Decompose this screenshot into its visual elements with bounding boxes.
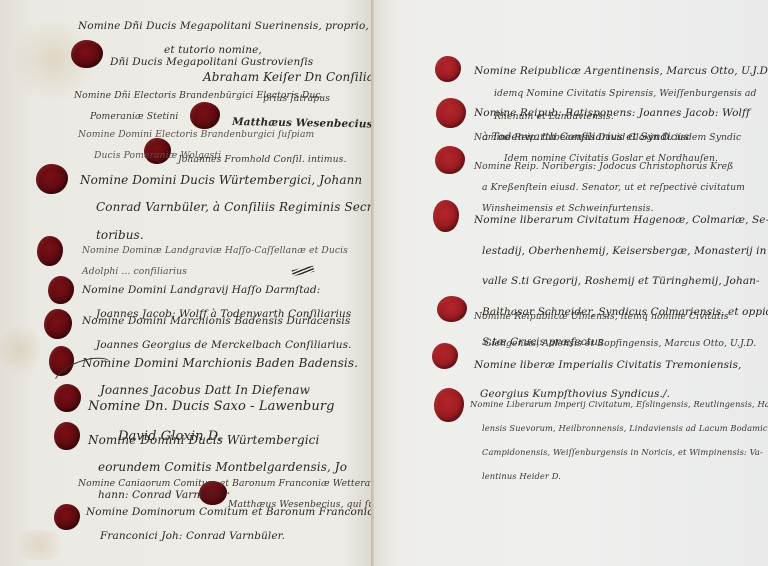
entry-line: Nomine Domini Ducis Würtembergici, Johan…	[80, 174, 384, 188]
entry-line: Nomine Liberarum Imperij Civitatum, Eſsl…	[470, 398, 768, 410]
wax-seal	[437, 296, 467, 322]
wax-seal	[433, 200, 459, 232]
entry-line: Conrad Varnbüler, à Conſiliis Regiminis …	[80, 201, 384, 215]
entry-line: Nomine Domini Landgravij Haſſo Darmſtad:	[82, 284, 351, 296]
entry-line: Nomine Reip. Noribergis: Jodocus Christo…	[474, 162, 745, 173]
paper-stain	[10, 530, 70, 560]
left-page: Nomine Dñi Ducis Megapolitani Suerinensi…	[0, 0, 372, 566]
wax-seal	[54, 422, 80, 450]
entry-line: Franconici Joh: Conrad Varnbüler.	[86, 530, 377, 542]
entry-line: Nomine Reip. Lubecensis David Gloxin D. …	[474, 133, 741, 144]
wax-seal	[36, 164, 68, 194]
entry-line: Nomine Domini Marchionis Badensis Durlac…	[82, 315, 352, 327]
right-page: Nomine Reipublicæ Argentinensis, Marcus …	[374, 0, 768, 566]
wax-seal	[44, 309, 72, 339]
entry-line: Nomine Reipub: Ratisponens: Joannes Jaco…	[474, 107, 750, 119]
manuscript-spread: Nomine Dñi Ducis Megapolitani Suerinensi…	[0, 0, 768, 566]
entry-line: Nomine liberæ Imperialis Civitatis Tremo…	[474, 358, 741, 373]
entry-line: lensis Suevorum, Heilbronnensis, Lindavi…	[470, 422, 768, 434]
wax-seal	[432, 343, 458, 369]
entry-line: Campidonensis, Weiſſenburgensis in Noric…	[470, 446, 768, 458]
entry-line: Nomine liberarum Civitatum Hagenoæ, Colm…	[474, 213, 768, 228]
signature-entry: Nomine Dominorum Comitum et Baronum Fran…	[86, 494, 377, 554]
wax-seal	[37, 236, 63, 266]
wax-seal	[54, 504, 80, 530]
wax-seal	[435, 146, 465, 174]
entry-line: Nomine Dñi Ducis Megapolitani Suerinensi…	[78, 20, 369, 32]
entry-line: Nomine Reipublicæ Ulmensis, itemq nomine…	[474, 310, 756, 323]
entry-line: Nomine Caniaorum Comitum et Baronum Fran…	[78, 479, 390, 490]
entry-line: valle S.ti Gregorij, Roshemij et Türingh…	[474, 274, 768, 289]
signature-entry: Nomine Liberarum Imperij Civitatum, Eſsl…	[470, 386, 768, 494]
entry-line: Nomine Dominorum Comitum et Baronum Fran…	[86, 506, 377, 518]
paper-stain	[0, 320, 40, 380]
wax-seal	[436, 98, 466, 128]
entry-line: Nomine Dominæ Landgraviæ Haſſo-Caſſellan…	[82, 246, 348, 257]
entry-line: lestadij, Oberhenhemij, Keisersbergæ, Mo…	[474, 244, 768, 259]
entry-line: Nomine Reipublicæ Argentinensis, Marcus …	[474, 65, 768, 77]
wax-seal	[435, 56, 461, 82]
entry-line: lentinus Heider D.	[470, 470, 768, 482]
entry-line: Nomine Domini Marchionis Baden Badensis.	[82, 357, 358, 371]
entry-line: Nomine Dn. Ducis Saxo - Lawenburg	[88, 400, 335, 415]
entry-line: Nomine Dñi Electoris Brandenbürgici Elec…	[74, 91, 324, 102]
entry-line: a Kreßenſtein eiusd. Senator, ut et reſp…	[474, 183, 745, 194]
wax-seal	[48, 276, 74, 304]
wax-seal	[434, 388, 464, 422]
entry-line: Nomine Domini Electoris Brandenburgici ſ…	[78, 130, 314, 141]
entry-line: Nomine Domini Ducis Würtembergici	[88, 434, 347, 448]
